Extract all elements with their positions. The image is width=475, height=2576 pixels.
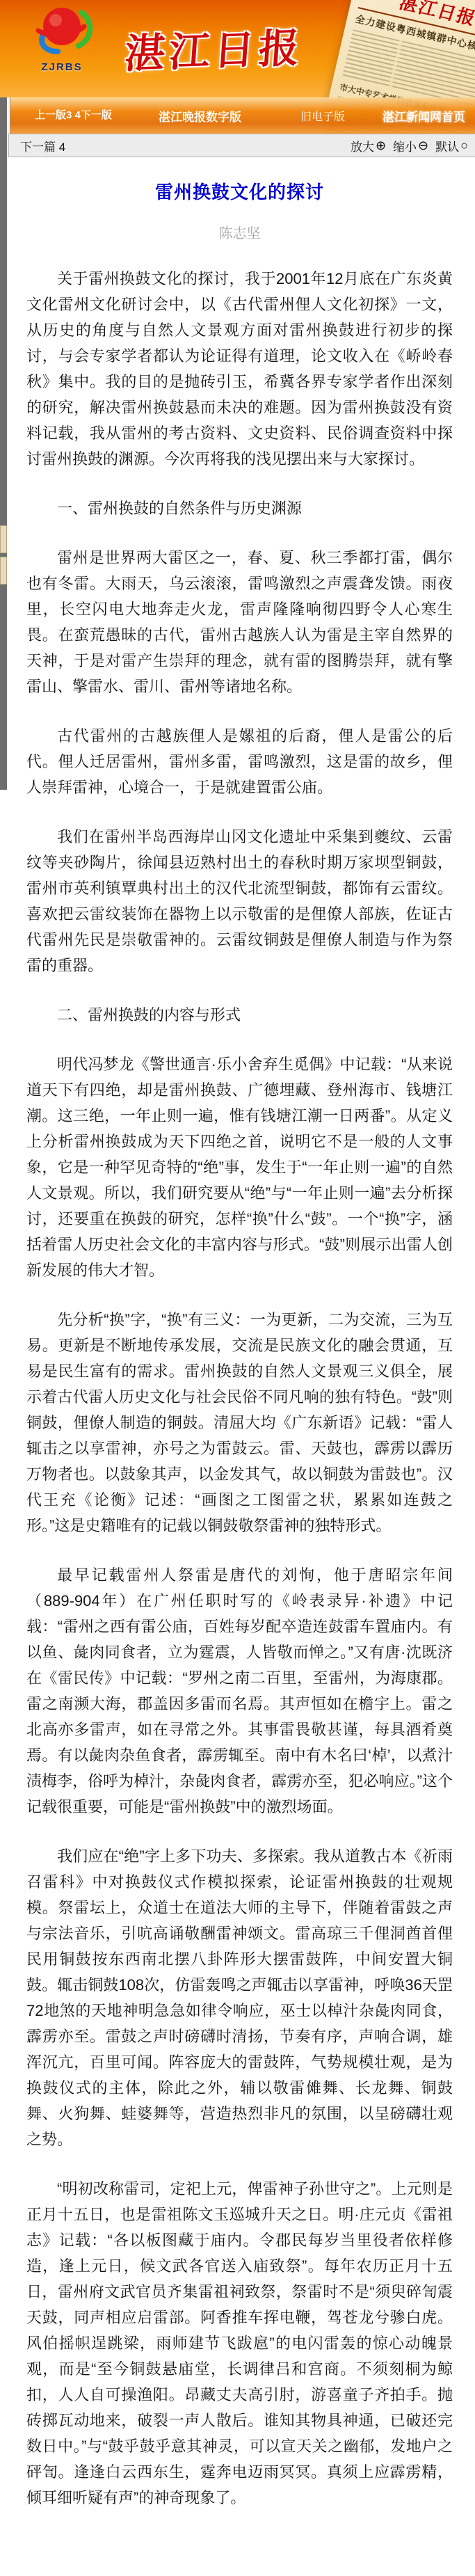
zoom-out-icon: ⊖	[418, 139, 428, 152]
zoom-out-button[interactable]: 缩小 ⊖	[393, 137, 428, 154]
article-paragraph: 我们应在“绝”字上多下功夫、多探索。我从道教古本《祈雨召雷科》中对换鼓仪式作模拟…	[26, 1843, 453, 2152]
nav-link-old-edition[interactable]: 旧电子版	[300, 108, 345, 124]
section-heading: 一、雷州换鼓的自然条件与历史渊源	[26, 495, 453, 521]
left-scrollbar[interactable]	[0, 97, 8, 790]
site-title: 湛江日报	[123, 15, 306, 80]
zoom-in-icon: ⊕	[376, 139, 386, 152]
page-title: 雷州换鼓文化的探讨	[26, 178, 453, 204]
nav-link-evening-digital[interactable]: 湛江晚报数字版	[159, 107, 241, 125]
nav-link-news-home[interactable]: 湛江新闻网首页	[383, 107, 465, 125]
next-article-link[interactable]: 下一篇 4	[20, 137, 65, 154]
scrollbar-button[interactable]	[0, 557, 7, 585]
zoom-out-label: 缩小	[393, 137, 417, 154]
article-paragraph: 雷州是世界两大雷区之一，春、夏、秋三季都打雷，偶尔也有冬雷。大雨天，乌云滚滚，雷…	[26, 545, 453, 699]
nav-bar: 上一版3 4下一版 湛江晚报数字版 旧电子版 湛江新闻网首页	[0, 97, 475, 134]
article-paragraph: 古代雷州的古越族俚人是嫘祖的后裔，俚人是雷公的后代。俚人迁居雷州，雷州多雷，雷鸣…	[26, 723, 453, 800]
nav-prev-next-version[interactable]: 上一版3 4下一版	[35, 108, 117, 123]
logo-label: ZJRBS	[24, 61, 100, 73]
article-body: 关于雷州换鼓文化的探讨，我于2001年12月底在广东炎黄文化雷州文化研讨会中，以…	[26, 266, 453, 2511]
zoom-in-button[interactable]: 放大 ⊕	[351, 137, 386, 154]
article-paragraph: “明初改称雷司，定祀上元，俾雷神子孙世守之”。上元则是正月十五日，也是雷祖陈文玉…	[26, 2176, 453, 2511]
site-logo[interactable]: ZJRBS	[24, 3, 100, 73]
site-header: ZJRBS 湛江日报 湛江日报 全力建设粤西城镇群中心核心区 市大中专艺术学院表…	[0, 0, 475, 97]
zoom-controls: 放大 ⊕ 缩小 ⊖ 默认 ○	[351, 137, 468, 154]
article: 雷州换鼓文化的探讨 陈志坚 关于雷州换鼓文化的探讨，我于2001年12月底在广东…	[0, 178, 475, 2576]
article-author: 陈志坚	[26, 222, 453, 242]
article-paragraph: 关于雷州换鼓文化的探讨，我于2001年12月底在广东炎黄文化雷州文化研讨会中，以…	[26, 266, 453, 472]
zoom-in-label: 放大	[351, 137, 374, 154]
article-paragraph: 先分析“换”字，“换”有三义：一为更新，二为交流，三为互易。更新是不断地传承发展…	[26, 1307, 453, 1539]
zoom-default-icon: ○	[460, 139, 468, 152]
scrollbar-button[interactable]	[0, 525, 7, 553]
zoom-default-label: 默认	[435, 137, 459, 154]
article-paragraph: 最早记载雷州人祭雷是唐代的刘恂，他于唐昭宗年间（889-904年）在广州任职时写…	[26, 1562, 453, 1820]
page: ZJRBS 湛江日报 湛江日报 全力建设粤西城镇群中心核心区 市大中专艺术学院表…	[0, 0, 475, 2576]
section-heading: 二、雷州换鼓的内容与形式	[26, 1002, 453, 1028]
article-paragraph: 明代冯梦龙《警世通言·乐小舍弃生觅偶》中记载：“从来说道天下有四绝，却是雷州换鼓…	[26, 1051, 453, 1283]
zjrbs-logo-icon	[27, 3, 97, 64]
article-toolbar: 下一篇 4 放大 ⊕ 缩小 ⊖ 默认 ○	[8, 134, 475, 157]
zoom-default-button[interactable]: 默认 ○	[435, 137, 468, 154]
article-paragraph: 我们在雷州半岛西海岸山冈文化遗址中采集到夔纹、云雷纹等夹砂陶片，徐闻县迈熟村出土…	[26, 824, 453, 978]
